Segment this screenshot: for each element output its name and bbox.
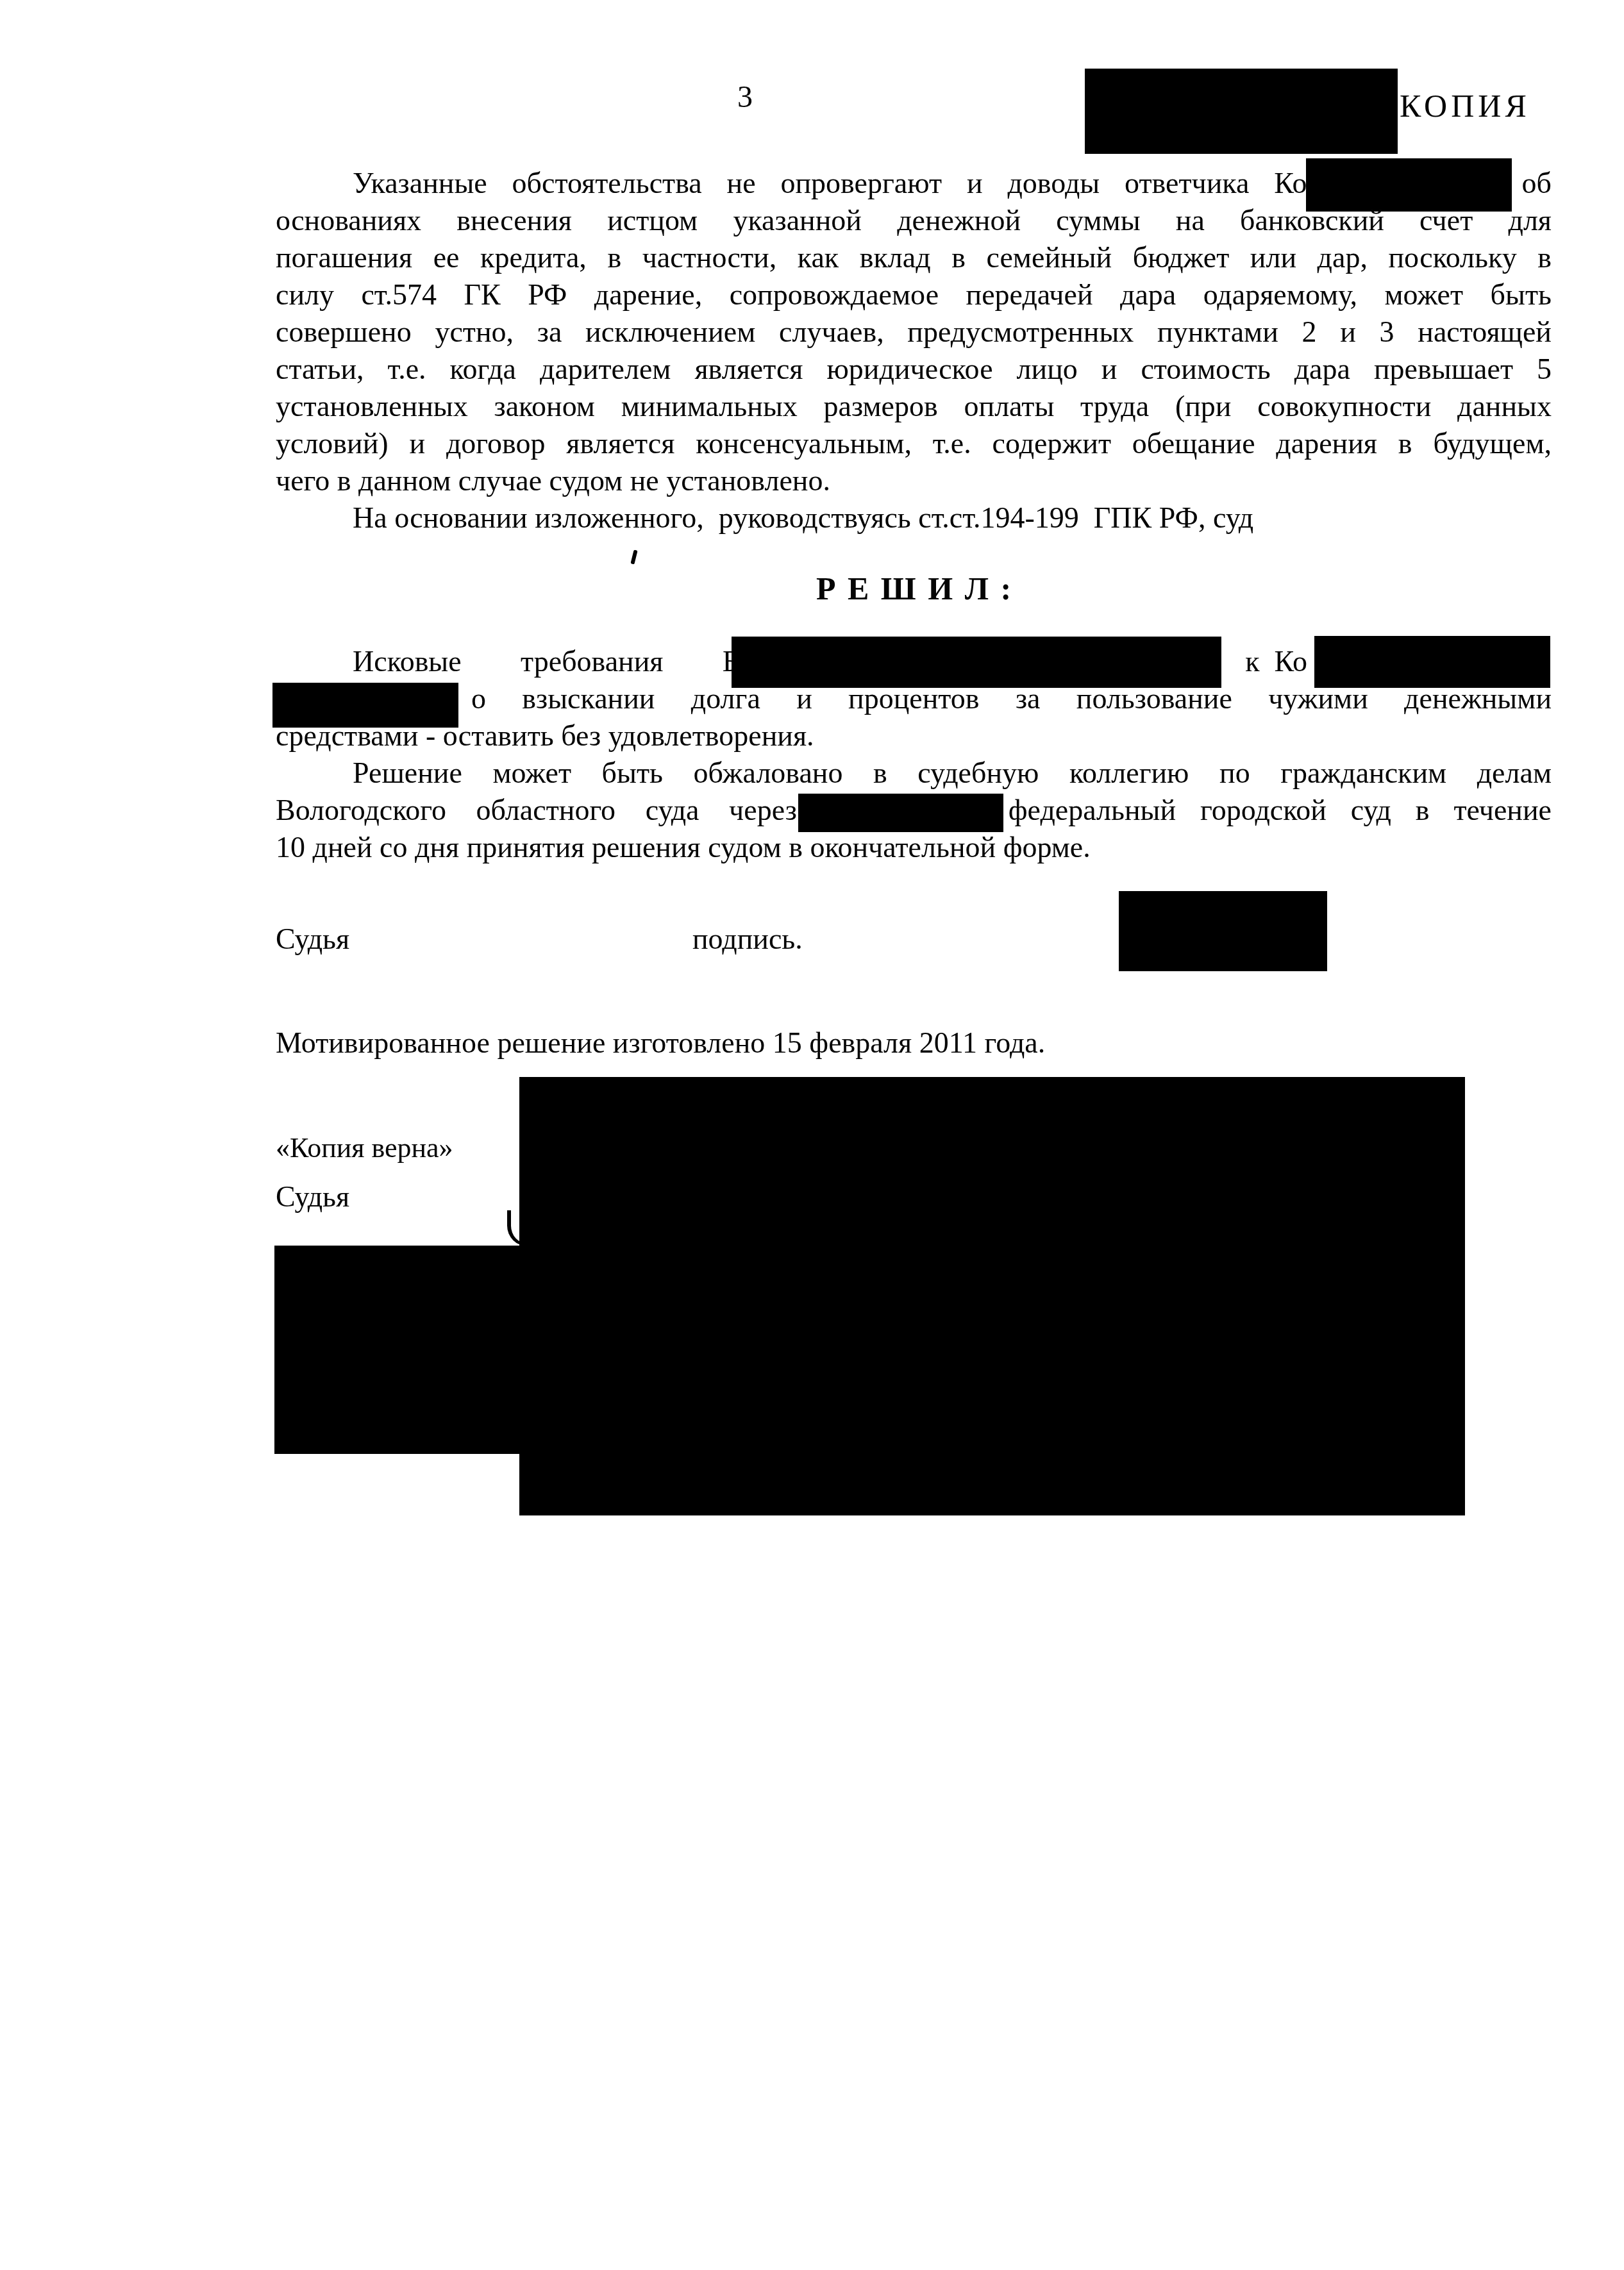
- paragraph-line: совершено устно, за исключением случаев,…: [276, 313, 1552, 351]
- scanned-court-decision-page: 3 КОПИЯ Указанные обстоятельства не опро…: [0, 0, 1624, 2270]
- paragraph-text: об: [1513, 165, 1552, 202]
- paragraph-text: к Ко: [1229, 643, 1316, 680]
- paragraph-line: средствами - оставить без удовлетворения…: [276, 717, 1552, 755]
- paragraph-line: чего в данном случае судом не установлен…: [276, 462, 1552, 499]
- ink-speck: [630, 550, 637, 565]
- signature-label: подпись.: [692, 921, 803, 958]
- paragraph-line: основаниях внесения истцом указанной ден…: [276, 202, 1552, 239]
- paragraph-text: Решение может быть обжаловано в судебную…: [353, 755, 1552, 792]
- paragraph-line: о взыскании долга и процентов за пользов…: [276, 680, 1552, 717]
- paragraph-text: Указанные обстоятельства не опровергают …: [353, 165, 1307, 202]
- paragraph-text: федеральный городской суд в течение: [1002, 792, 1552, 829]
- judge-label: Судья: [276, 921, 349, 958]
- paragraph-text: о взыскании долга и процентов за пользов…: [458, 680, 1552, 717]
- redaction-box-header: [1085, 69, 1398, 154]
- ruling-heading: Р Е Ш И Л :: [276, 569, 1552, 608]
- redaction-block-main: [519, 1077, 1465, 1515]
- copy-stamp: КОПИЯ: [1400, 88, 1530, 123]
- redaction-box-court-name: [798, 794, 1003, 832]
- motivated-decision-line: Мотивированное решение изготовлено 15 фе…: [276, 1024, 1045, 1062]
- redaction-block-left: [274, 1246, 519, 1454]
- paragraph-line: силу ст.574 ГК РФ дарение, сопровождаемо…: [276, 276, 1552, 313]
- paragraph-text: Исковые требования Б: [353, 643, 739, 680]
- paragraph-line: 10 дней со дня принятия решения судом в …: [276, 829, 1552, 866]
- paragraph-line: статьи, т.е. когда дарителем является юр…: [276, 351, 1552, 388]
- paragraph-text: Вологодского областного суда через: [276, 792, 797, 829]
- paragraph-line: условий) и договор является консенсуальн…: [276, 425, 1552, 462]
- paragraph-line: Решение может быть обжаловано в судебную…: [276, 755, 1552, 792]
- paragraph-line: погашения ее кредита, в частности, как в…: [276, 239, 1552, 276]
- copy-true-label: «Копия верна»: [276, 1130, 453, 1166]
- judge-bottom-label: Судья: [276, 1178, 349, 1215]
- paragraph-line: установленных законом минимальных размер…: [276, 388, 1552, 425]
- paragraph-line: На основании изложенного, руководствуясь…: [276, 499, 1552, 537]
- page-number: 3: [737, 81, 753, 114]
- redaction-box-judge-signature: [1119, 891, 1327, 971]
